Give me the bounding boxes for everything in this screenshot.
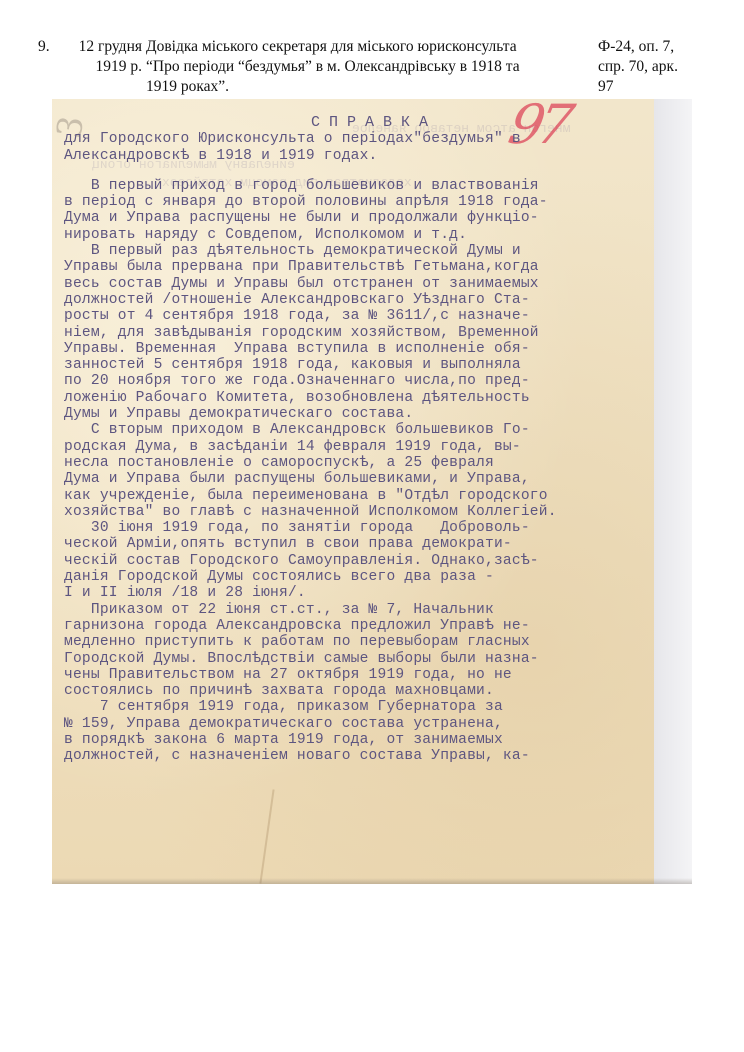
- entry-date: 12 грудня 1919 р.: [62, 37, 142, 77]
- typewritten-text: СПРАВКА для Городского Юрисконсульта о п…: [64, 115, 654, 765]
- typed-line: гарнизона города Александровска предложи…: [64, 618, 654, 634]
- typed-line: ческой Арміи,опять вступил в свои права …: [64, 536, 654, 552]
- typed-line: ніем, для завѣдыванія городским хозяйств…: [64, 325, 654, 341]
- typed-line: должностей, с назначеніем новаго состава…: [64, 748, 654, 764]
- typed-line: В первый приход в город большевиков и вл…: [64, 178, 654, 194]
- typed-line: должностей /отношеніе Александровскаго У…: [64, 292, 654, 308]
- scan-shadow: [52, 878, 692, 884]
- scanned-document: мнегон атсом нетавоо яанелое еинелавну м…: [52, 99, 692, 884]
- entry-description-line: “Про періоди “бездумья” в м. Олександрів…: [146, 57, 586, 77]
- typed-line: I и II іюля /18 и 28 іюня/.: [64, 585, 654, 601]
- entry-reference-line: 97: [598, 77, 718, 97]
- typed-line: росты от 4 сентября 1918 года, за № 3611…: [64, 308, 654, 324]
- typed-line: В первый раз дѣятельность демократическо…: [64, 243, 654, 259]
- typed-line: по 20 ноября того же года.Означеннаго чи…: [64, 373, 654, 389]
- typed-line: как учрежденіе, была переименована в "От…: [64, 488, 654, 504]
- typed-line: чены Правительством на 27 октября 1919 г…: [64, 667, 654, 683]
- entry-number: 9.: [38, 37, 60, 57]
- typed-lines: для Городского Юрисконсульта о періодах"…: [64, 131, 654, 764]
- typed-line: Александровскѣ в 1918 и 1919 годах.: [64, 148, 654, 164]
- typed-line: ложенію Рабочаго Комитета, возобновлена …: [64, 390, 654, 406]
- typed-line: родская Дума, в засѣданіи 14 февраля 191…: [64, 439, 654, 455]
- typed-line: Дума и Управа распущены не были и продол…: [64, 210, 654, 226]
- typed-line: в період с января до второй половины апр…: [64, 194, 654, 210]
- typed-line: Думы и Управы демократическаго состава.: [64, 406, 654, 422]
- typed-line: Управы была прервана при Правительствѣ Г…: [64, 259, 654, 275]
- typed-line: хозяйства" во главѣ с назначенной Исполк…: [64, 504, 654, 520]
- typed-line: № 159, Управа демократическаго состава у…: [64, 716, 654, 732]
- typed-line: состоялись по причинѣ захвата города мах…: [64, 683, 654, 699]
- entry-description: Довідка міського секретаря для міського …: [146, 37, 586, 97]
- typed-line: 30 іюня 1919 года, по занятіи города Доб…: [64, 520, 654, 536]
- typed-line: для Городского Юрисконсульта о періодах"…: [64, 131, 654, 147]
- typed-line: нировать наряду с Совдепом, Исполкомом и…: [64, 227, 654, 243]
- typed-line: в порядкѣ закона 6 марта 1919 года, от з…: [64, 732, 654, 748]
- entry-reference-line: Ф-24, оп. 7,: [598, 37, 718, 57]
- typed-line: медленно приступить к работам по перевыб…: [64, 634, 654, 650]
- paper-crease: [259, 789, 274, 883]
- typed-line: 7 сентября 1919 года, приказом Губернато…: [64, 699, 654, 715]
- paper-sheet: мнегон атсом нетавоо яанелое еинелавну м…: [52, 99, 655, 884]
- typed-line: Дума и Управа были распущены большевикам…: [64, 471, 654, 487]
- typed-line: Управы. Временная Управа вступила в испо…: [64, 341, 654, 357]
- typed-line: ческій состав Городского Самоуправленія.…: [64, 553, 654, 569]
- typed-line: данія Городской Думы состоялись всего дв…: [64, 569, 654, 585]
- scanner-edge: [654, 99, 692, 884]
- typed-line: С вторым приходом в Александровск больше…: [64, 422, 654, 438]
- entry-reference-line: спр. 70, арк.: [598, 57, 718, 77]
- typed-line: Приказом от 22 іюня ст.ст., за № 7, Нача…: [64, 602, 654, 618]
- typed-line: несла постановленіе о самороспускѣ, а 25…: [64, 455, 654, 471]
- typed-line: весь состав Думы и Управы был отстранен …: [64, 276, 654, 292]
- entry-description-line: 1919 роках”.: [146, 77, 586, 97]
- document-title: СПРАВКА: [64, 115, 654, 131]
- typed-line: Городской Думы. Впослѣдствіи самые выбор…: [64, 651, 654, 667]
- entry-description-line: Довідка міського секретаря для міського …: [146, 37, 586, 57]
- entry-date-line: 12 грудня: [62, 37, 142, 57]
- typed-line: занностей 5 сентября 1918 года, каковыя …: [64, 357, 654, 373]
- entry-archive-reference: Ф-24, оп. 7, спр. 70, арк. 97: [598, 37, 718, 97]
- entry-date-line: 1919 р.: [62, 57, 142, 77]
